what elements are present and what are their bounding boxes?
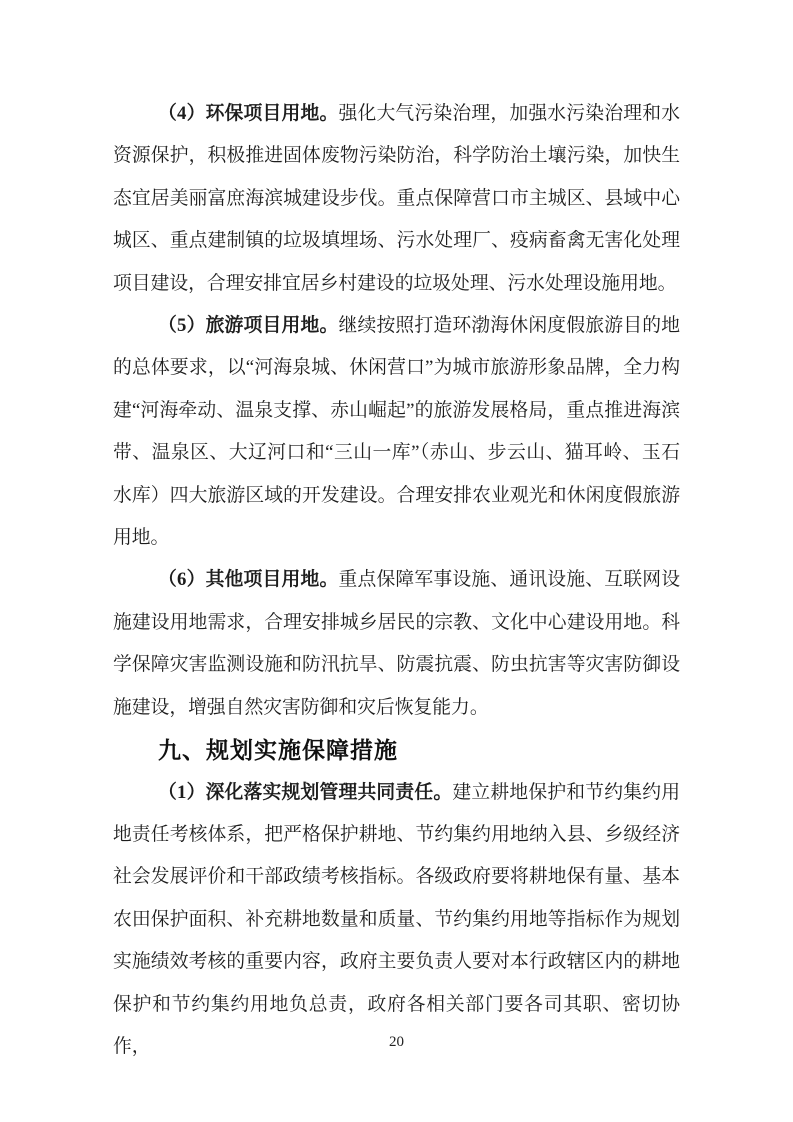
paragraph-other-projects-land: （6）其他项目用地。重点保障军事设施、通讯设施、互联网设施建设用地需求，合理安排…	[113, 559, 680, 729]
page-number: 20	[0, 1034, 793, 1051]
section-heading: 九、规划实施保障措施	[113, 729, 680, 771]
paragraph-text: 建立耕地保护和节约集约用地责任考核体系，把严格保护耕地、节约集约用地纳入县、乡级…	[113, 782, 680, 1057]
document-page: （4）环保项目用地。强化大气污染治理，加强水污染治理和水资源保护，积极推进固体废…	[0, 0, 793, 1122]
paragraph-text: 强化大气污染治理，加强水污染治理和水资源保护，积极推进固体废物污染防治，科学防治…	[113, 103, 680, 294]
paragraph-text: 继续按照打造环渤海休闲度假旅游目的地的总体要求，以“河海泉城、休闲营口”为城市旅…	[113, 315, 680, 548]
paragraph-planning-responsibility: （1）深化落实规划管理共同责任。建立耕地保护和节约集约用地责任考核体系，把严格保…	[113, 772, 680, 1069]
paragraph-tourism-land: （5）旅游项目用地。继续按照打造环渤海休闲度假旅游目的地的总体要求，以“河海泉城…	[113, 305, 680, 559]
paragraph-lead: （5）旅游项目用地。	[158, 315, 338, 336]
paragraph-lead: （6）其他项目用地。	[158, 569, 338, 590]
paragraph-text: 重点保障军事设施、通讯设施、互联网设施建设用地需求，合理安排城乡居民的宗教、文化…	[113, 569, 680, 717]
paragraph-lead: （4）环保项目用地。	[158, 103, 338, 124]
paragraph-lead: （1）深化落实规划管理共同责任。	[158, 782, 452, 803]
paragraph-env-protection-land: （4）环保项目用地。强化大气污染治理，加强水污染治理和水资源保护，积极推进固体废…	[113, 93, 680, 305]
document-content: （4）环保项目用地。强化大气污染治理，加强水污染治理和水资源保护，积极推进固体废…	[113, 93, 680, 1068]
